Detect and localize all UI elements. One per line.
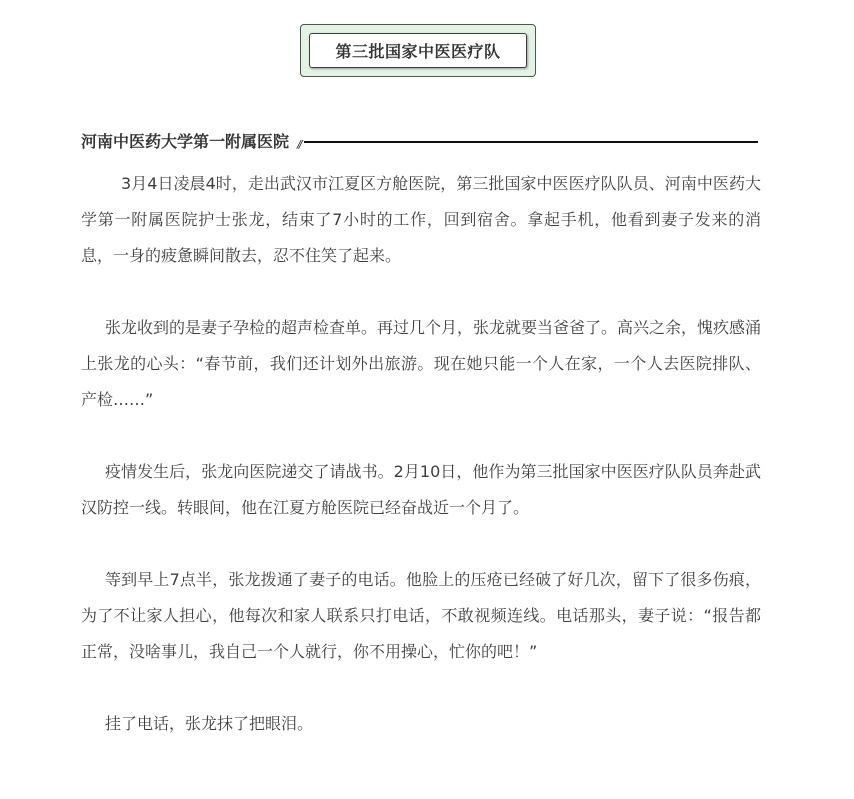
paragraph-1: 3月4日凌晨4时，走出武汉市江夏区方舱医院，第三批国家中医医疗队队员、河南中医药…	[81, 166, 761, 274]
section-title: 河南中医药大学第一附属医院	[81, 129, 289, 152]
section-header: 河南中医药大学第一附属医院 //	[81, 128, 758, 152]
article-body: 3月4日凌晨4时，走出武汉市江夏区方舱医院，第三批国家中医医疗队队员、河南中医药…	[81, 166, 761, 778]
paragraph-2: 张龙收到的是妻子孕检的超声检查单。再过几个月，张龙就要当爸爸了。高兴之余，愧疚感…	[81, 310, 761, 418]
section-divider	[304, 141, 758, 143]
paragraph-5: 挂了电话，张龙抹了把眼泪。	[81, 706, 761, 742]
paragraph-4: 等到早上7点半，张龙拨通了妻子的电话。他脸上的压疮已经破了好几次，留下了很多伤痕…	[81, 562, 761, 670]
title-banner: 第三批国家中医医疗队	[300, 24, 536, 77]
title-banner-inner: 第三批国家中医医疗队	[309, 33, 527, 68]
slash-decoration-icon: //	[297, 138, 300, 151]
page-title: 第三批国家中医医疗队	[335, 39, 500, 62]
paragraph-3: 疫情发生后，张龙向医院递交了请战书。2月10日，他作为第三批国家中医医疗队队员奔…	[81, 454, 761, 526]
